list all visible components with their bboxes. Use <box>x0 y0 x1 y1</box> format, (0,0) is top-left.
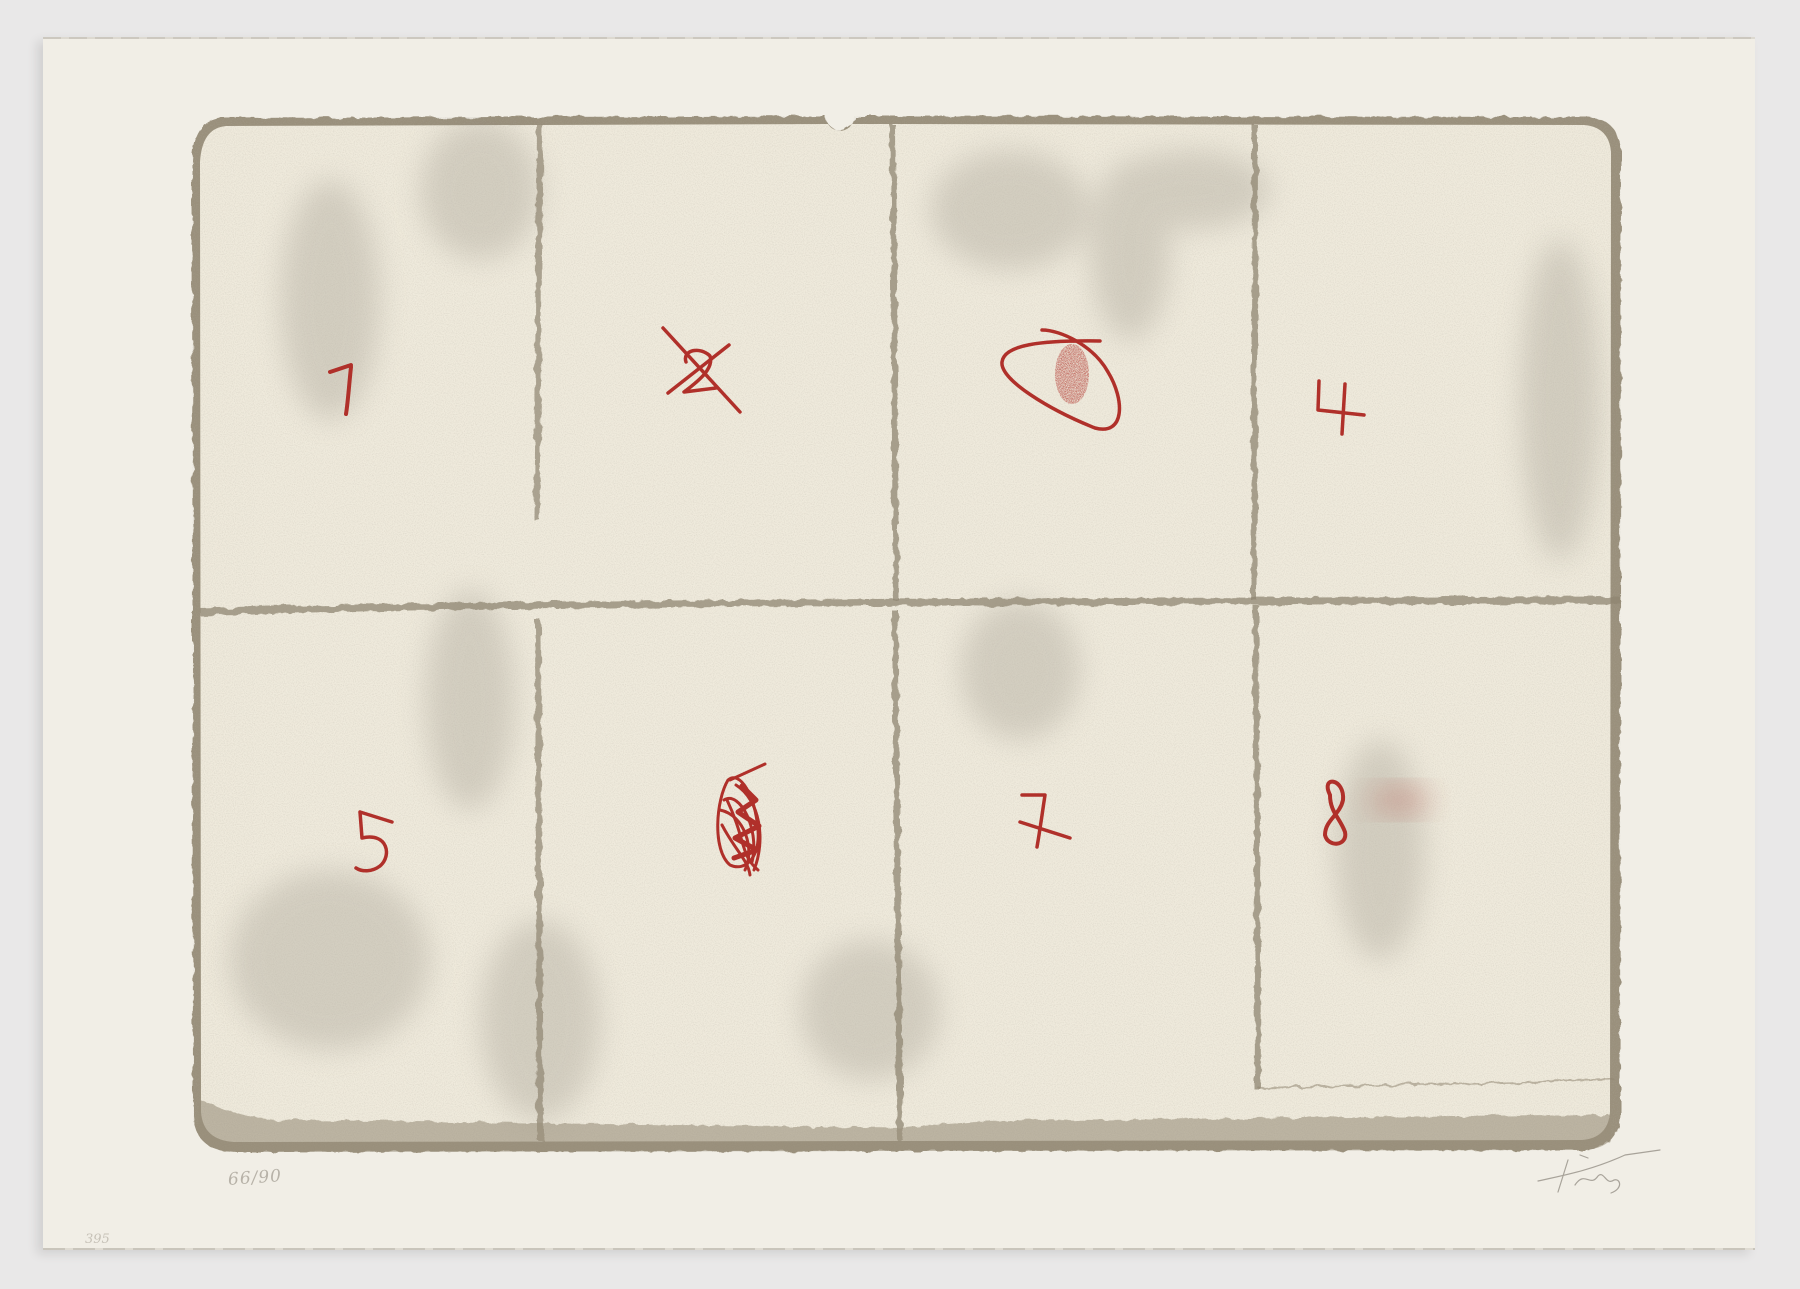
inventory-mark: 395 <box>85 1232 110 1247</box>
artwork-print <box>0 0 1800 1289</box>
thumbprint <box>1055 344 1089 404</box>
artist-signature <box>1538 1150 1660 1193</box>
plate <box>190 115 1625 1155</box>
edition-number: 66/90 <box>227 1166 282 1190</box>
